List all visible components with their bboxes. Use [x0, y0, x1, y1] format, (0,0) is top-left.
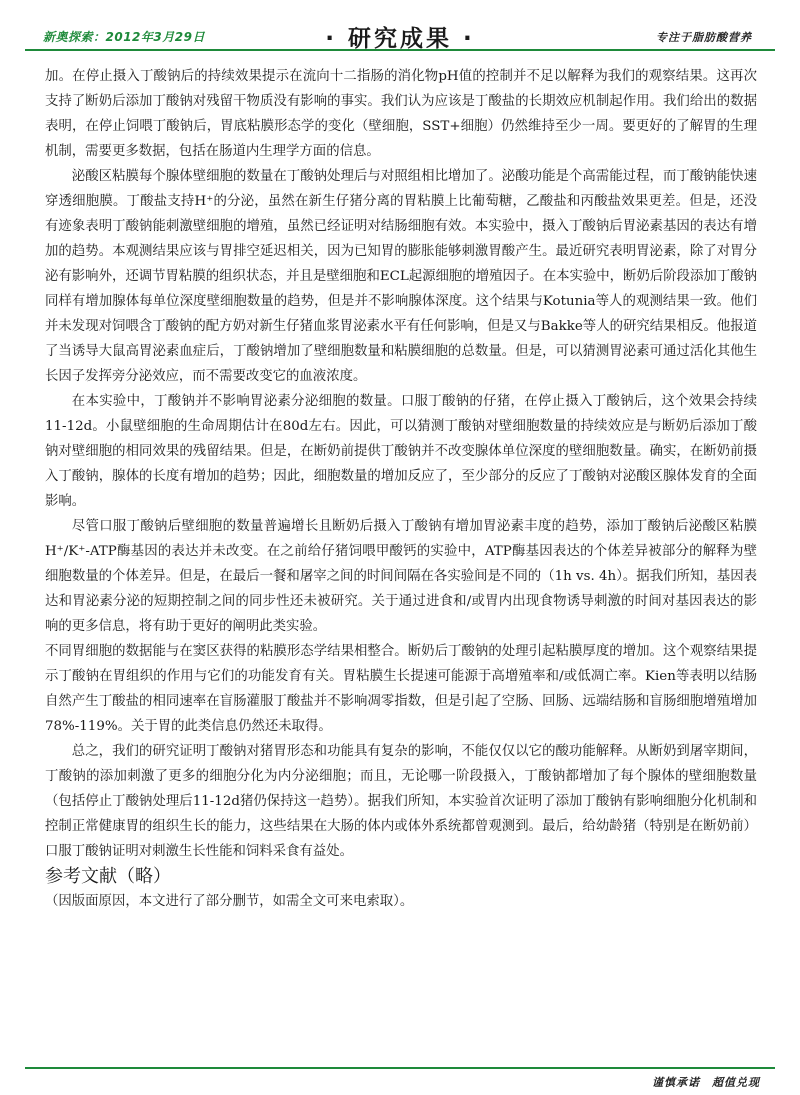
header-slogan: 专注于脂肪酸营养: [656, 29, 752, 45]
abridgement-note: （因版面原因，本文进行了部分删节，如需全文可来电索取）。: [45, 890, 757, 914]
paragraph: 在本实验中，丁酸钠并不影响胃泌素分泌细胞的数量。口服丁酸钠的仔猪，在停止摄入丁酸…: [45, 389, 757, 514]
footer-slogan: 谨慎承诺 超值兑现: [652, 1074, 760, 1090]
paragraph: 总之，我们的研究证明丁酸钠对猪胃形态和功能具有复杂的影响，不能仅仅以它的酸功能解…: [45, 739, 757, 864]
header-divider: [25, 49, 775, 51]
article-body: 加。在停止摄入丁酸钠后的持续效果提示在流向十二指肠的消化物pH值的控制并不足以解…: [45, 64, 757, 914]
paragraph: 加。在停止摄入丁酸钠后的持续效果提示在流向十二指肠的消化物pH值的控制并不足以解…: [45, 64, 757, 164]
footer-divider: [25, 1067, 775, 1069]
references-heading: 参考文献（略）: [45, 864, 757, 890]
page-header: 新奥探索：2012年3月29日 · 研究成果 · 专注于脂肪酸营养: [0, 0, 800, 60]
paragraph: 不同胃细胞的数据能与在窦区获得的粘膜形态学结果相整合。断奶后丁酸钠的处理引起粘膜…: [45, 639, 757, 739]
paragraph: 尽管口服丁酸钠后壁细胞的数量普遍增长且断奶后摄入丁酸钠有增加胃泌素丰度的趋势，添…: [45, 514, 757, 639]
paragraph: 泌酸区粘膜每个腺体壁细胞的数量在丁酸钠处理后与对照组相比增加了。泌酸功能是个高需…: [45, 164, 757, 389]
